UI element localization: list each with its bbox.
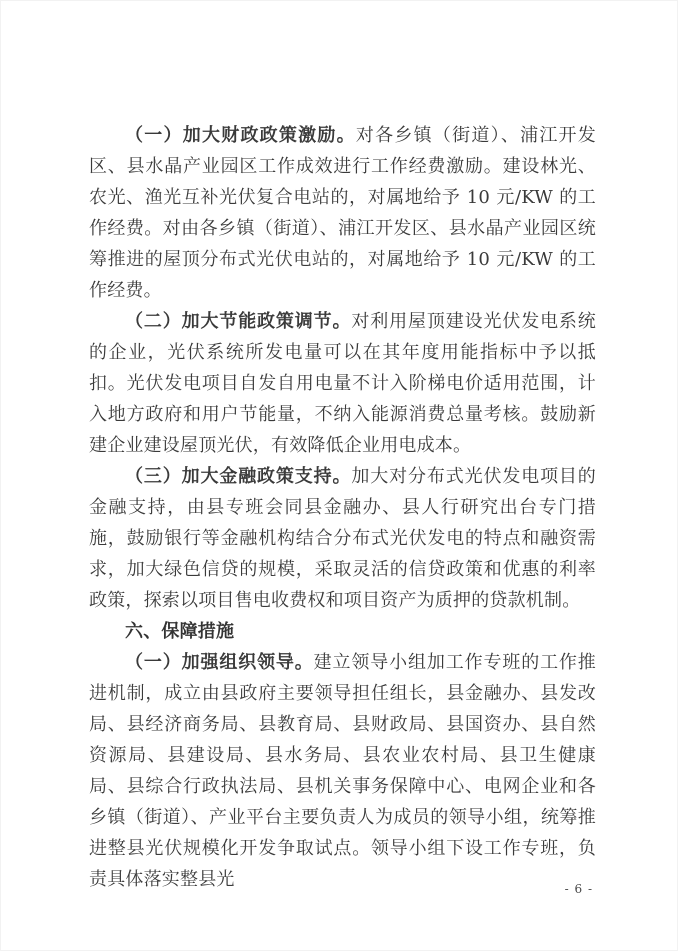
paragraph-organization-leadership: （一）加强组织领导。建立领导小组加工作专班的工作推进机制，成立由县政府主要领导担…	[89, 647, 596, 895]
paragraph-finance-policy-text: 加大对分布式光伏发电项目的金融支持，由县专班会同县金融办、县人行研究出台专门措施…	[89, 466, 596, 611]
paragraph-organization-leadership-lead: （一）加强组织领导。	[125, 652, 314, 673]
paragraph-fiscal-policy: （一）加大财政政策激励。对各乡镇（街道）、浦江开发区、县水晶产业园区工作成效进行…	[89, 120, 596, 306]
section-heading-safeguards: 六、保障措施	[89, 616, 596, 647]
paragraph-fiscal-policy-text: 对各乡镇（街道）、浦江开发区、县水晶产业园区工作成效进行工作经费激励。建设林光、…	[89, 125, 596, 301]
document-content: （一）加大财政政策激励。对各乡镇（街道）、浦江开发区、县水晶产业园区工作成效进行…	[89, 120, 596, 895]
paragraph-energy-policy-text: 对利用屋顶建设光伏发电系统的企业，光伏系统所发电量可以在其年度用能指标中予以抵扣…	[89, 311, 596, 456]
paragraph-energy-policy-lead: （二）加大节能政策调节。	[125, 311, 351, 332]
paragraph-organization-leadership-text: 建立领导小组加工作专班的工作推进机制，成立由县政府主要领导担任组长，县金融办、县…	[89, 652, 596, 890]
paragraph-energy-policy: （二）加大节能政策调节。对利用屋顶建设光伏发电系统的企业，光伏系统所发电量可以在…	[89, 306, 596, 461]
paragraph-finance-policy-lead: （三）加大金融政策支持。	[125, 466, 351, 487]
paragraph-fiscal-policy-lead: （一）加大财政政策激励。	[125, 125, 356, 146]
paragraph-finance-policy: （三）加大金融政策支持。加大对分布式光伏发电项目的金融支持，由县专班会同县金融办…	[89, 461, 596, 616]
page-number: - 6 -	[1, 881, 593, 897]
document-page: （一）加大财政政策激励。对各乡镇（街道）、浦江开发区、县水晶产业园区工作成效进行…	[0, 0, 678, 951]
